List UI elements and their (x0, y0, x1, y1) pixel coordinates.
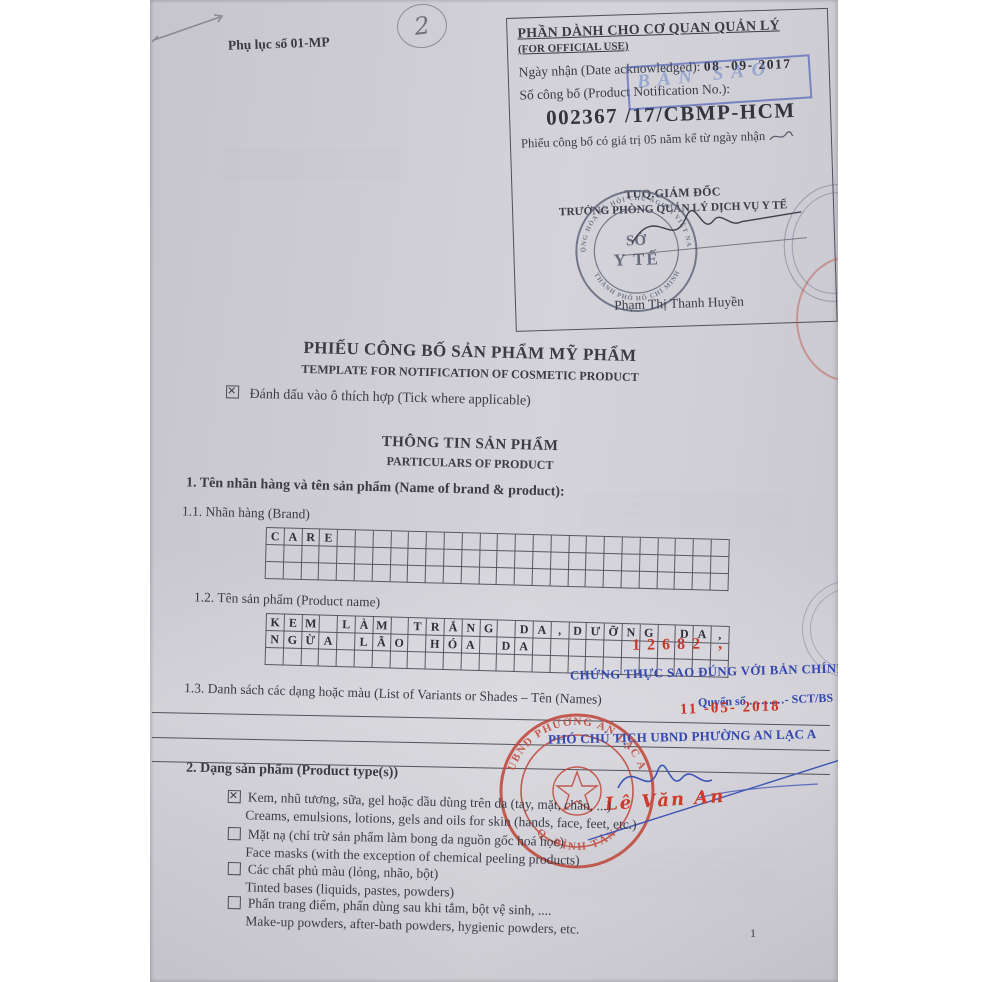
grid-cell (675, 573, 693, 590)
grid-cell (694, 539, 712, 556)
variants-label: 1.3. Danh sách các dạng hoặc màu (List o… (184, 680, 602, 708)
grid-cell (391, 548, 409, 565)
grid-cell (266, 648, 284, 665)
grid-cell (622, 537, 640, 554)
grid-cell (516, 535, 534, 552)
grid-cell: Ắ (444, 619, 462, 636)
grid-cell: E (284, 615, 302, 632)
appendix-label: Phụ lục số 01-MP (228, 34, 330, 54)
grid-cell (427, 532, 445, 549)
brand-letter-grid: CARE (265, 527, 730, 591)
grid-cell (498, 534, 516, 551)
grid-cell (355, 564, 373, 581)
grid-cell: A (319, 633, 337, 650)
grid-cell (408, 566, 426, 583)
section2-heading: 2. Dạng sản phẩm (Product type(s)) (186, 761, 398, 782)
grid-cell (551, 552, 569, 569)
checked-checkbox-icon (226, 385, 239, 398)
grid-cell (551, 535, 569, 552)
grid-cell: N (462, 619, 480, 636)
grid-cell: A (284, 528, 302, 545)
grid-cell (373, 531, 391, 548)
grid-cell (390, 651, 408, 668)
grid-cell: T (409, 618, 427, 635)
grid-cell (409, 532, 427, 549)
grid-cell: D (497, 637, 515, 654)
grid-cell (338, 530, 356, 547)
grid-cell (319, 546, 337, 563)
grid-cell (266, 545, 284, 562)
grid-cell (515, 655, 533, 672)
tick-note: Đánh dấu vào ô thích hợp (Tick where app… (226, 384, 531, 409)
grid-cell: E (320, 529, 338, 546)
grid-cell (533, 569, 551, 586)
grid-cell: R (302, 529, 320, 546)
grid-cell (604, 571, 622, 588)
grid-cell (587, 536, 605, 553)
grid-cell (390, 565, 408, 582)
grid-cell (444, 533, 462, 550)
grid-cell: L (355, 634, 373, 651)
grid-cell (568, 639, 586, 656)
grid-cell: Ỡ (605, 623, 623, 640)
grid-cell (319, 650, 337, 667)
grid-cell (479, 568, 497, 585)
grid-cell (444, 550, 462, 567)
grid-cell (532, 655, 550, 672)
grid-cell (711, 540, 729, 557)
grid-cell (550, 569, 568, 586)
unchecked-checkbox-icon (228, 896, 241, 909)
grid-cell (408, 652, 426, 669)
unchecked-checkbox-icon (228, 862, 241, 875)
grid-cell: M (373, 617, 391, 634)
grid-cell (426, 549, 444, 566)
grid-cell (640, 538, 658, 555)
grid-cell (391, 618, 409, 635)
grid-cell: A (462, 636, 480, 653)
grid-cell: R (427, 618, 445, 635)
grid-cell (640, 555, 658, 572)
grid-cell: A (515, 638, 533, 655)
grid-cell (426, 652, 444, 669)
handwritten-number: 2 (413, 11, 432, 41)
handwritten-red-number: 12682 , (632, 635, 729, 655)
grid-cell (426, 566, 444, 583)
grid-cell: D (569, 622, 587, 639)
grid-cell (337, 547, 355, 564)
scanned-document: Phụ lục số 01-MP 2 PHẦN DÀNH CHO CƠ QUAN… (0, 0, 982, 982)
grid-cell: D (516, 621, 534, 638)
grid-cell (461, 653, 479, 670)
grid-cell (462, 533, 480, 550)
grid-cell (337, 633, 355, 650)
product-name-label: 1.2. Tên sản phẩm (Product name) (194, 589, 380, 610)
grid-cell: K (266, 614, 284, 631)
grid-cell (604, 554, 622, 571)
grid-cell (443, 653, 461, 670)
grid-cell (373, 548, 391, 565)
grid-cell: H (426, 635, 444, 652)
validity-note: Phiếu công bố có giá trị 05 năm kể từ ng… (521, 127, 821, 152)
grid-cell: Ó (444, 636, 462, 653)
paper-sheet: Phụ lục số 01-MP 2 PHẦN DÀNH CHO CƠ QUAN… (150, 0, 838, 982)
handwritten-initials-icon (768, 129, 794, 144)
checked-checkbox-icon (228, 790, 241, 803)
grid-cell (551, 639, 569, 656)
grid-cell (302, 546, 320, 563)
grid-cell: M (302, 615, 320, 632)
grid-cell (372, 651, 390, 668)
grid-cell (533, 638, 551, 655)
grid-cell (391, 531, 409, 548)
grid-cell: À (355, 617, 373, 634)
grid-cell (586, 570, 604, 587)
grid-cell: A (533, 621, 551, 638)
grid-cell (657, 572, 675, 589)
grid-cell (479, 654, 497, 671)
grid-cell (693, 573, 711, 590)
grid-cell (266, 562, 284, 579)
grid-cell (283, 562, 301, 579)
grid-cell (533, 535, 551, 552)
grid-cell: Ã (373, 634, 391, 651)
grid-cell (693, 556, 711, 573)
grid-cell (408, 635, 426, 652)
grid-cell (657, 555, 675, 572)
section1-heading: 1. Tên nhãn hàng và tên sản phẩm (Name o… (186, 475, 565, 500)
grid-cell (515, 569, 533, 586)
bleed-through-smudge (580, 495, 790, 529)
grid-cell: Ư (587, 623, 605, 640)
grid-cell (550, 656, 568, 673)
grid-cell (319, 563, 337, 580)
certification-date-stamp: 11 -05- 2018 (680, 698, 781, 719)
grid-cell: G (480, 620, 498, 637)
grid-cell (284, 545, 302, 562)
grid-cell (355, 530, 373, 547)
director-signature (600, 178, 812, 265)
grid-cell (605, 537, 623, 554)
grid-cell (568, 570, 586, 587)
grid-cell (337, 650, 355, 667)
grid-cell (515, 552, 533, 569)
grid-cell (301, 563, 319, 580)
grid-cell (462, 550, 480, 567)
grid-cell (408, 549, 426, 566)
grid-cell: Ừ (302, 632, 320, 649)
page-number: 1 (750, 926, 756, 941)
grid-cell (497, 654, 515, 671)
grid-cell (586, 640, 604, 657)
grid-cell (355, 547, 373, 564)
grid-cell (569, 536, 587, 553)
bleed-through-smudge (220, 150, 400, 180)
grid-cell (354, 650, 372, 667)
grid-cell (480, 637, 498, 654)
bleed-through-smudge (530, 852, 780, 898)
handwritten-page-circle: 2 (395, 1, 450, 51)
brand-label: 1.1. Nhãn hàng (Brand) (182, 503, 310, 522)
grid-cell (639, 572, 657, 589)
grid-cell (711, 557, 729, 574)
grid-cell (372, 565, 390, 582)
grid-cell (676, 539, 694, 556)
grid-cell (480, 551, 498, 568)
grid-cell (533, 552, 551, 569)
grid-cell (320, 616, 338, 633)
grid-cell (710, 574, 728, 591)
grid-cell: , (551, 622, 569, 639)
grid-cell (569, 553, 587, 570)
grid-cell (283, 649, 301, 666)
grid-cell (497, 551, 515, 568)
grid-cell (337, 564, 355, 581)
grid-cell: L (338, 616, 356, 633)
grid-cell (604, 640, 622, 657)
grid-cell (301, 649, 319, 666)
official-use-box: PHẦN DÀNH CHO CƠ QUAN QUẢN LÝ (FOR OFFIC… (506, 8, 838, 332)
grid-cell (622, 554, 640, 571)
grid-cell: O (391, 634, 409, 651)
grid-cell: C (267, 528, 285, 545)
grid-cell (461, 567, 479, 584)
grid-cell (498, 620, 516, 637)
grid-cell: G (284, 632, 302, 649)
grid-cell (444, 567, 462, 584)
grid-cell (621, 571, 639, 588)
grid-cell: N (266, 631, 284, 648)
grid-cell (658, 538, 676, 555)
grid-cell (675, 556, 693, 573)
grid-cell (586, 553, 604, 570)
grid-cell (497, 568, 515, 585)
unchecked-checkbox-icon (228, 827, 241, 840)
grid-cell (480, 534, 498, 551)
